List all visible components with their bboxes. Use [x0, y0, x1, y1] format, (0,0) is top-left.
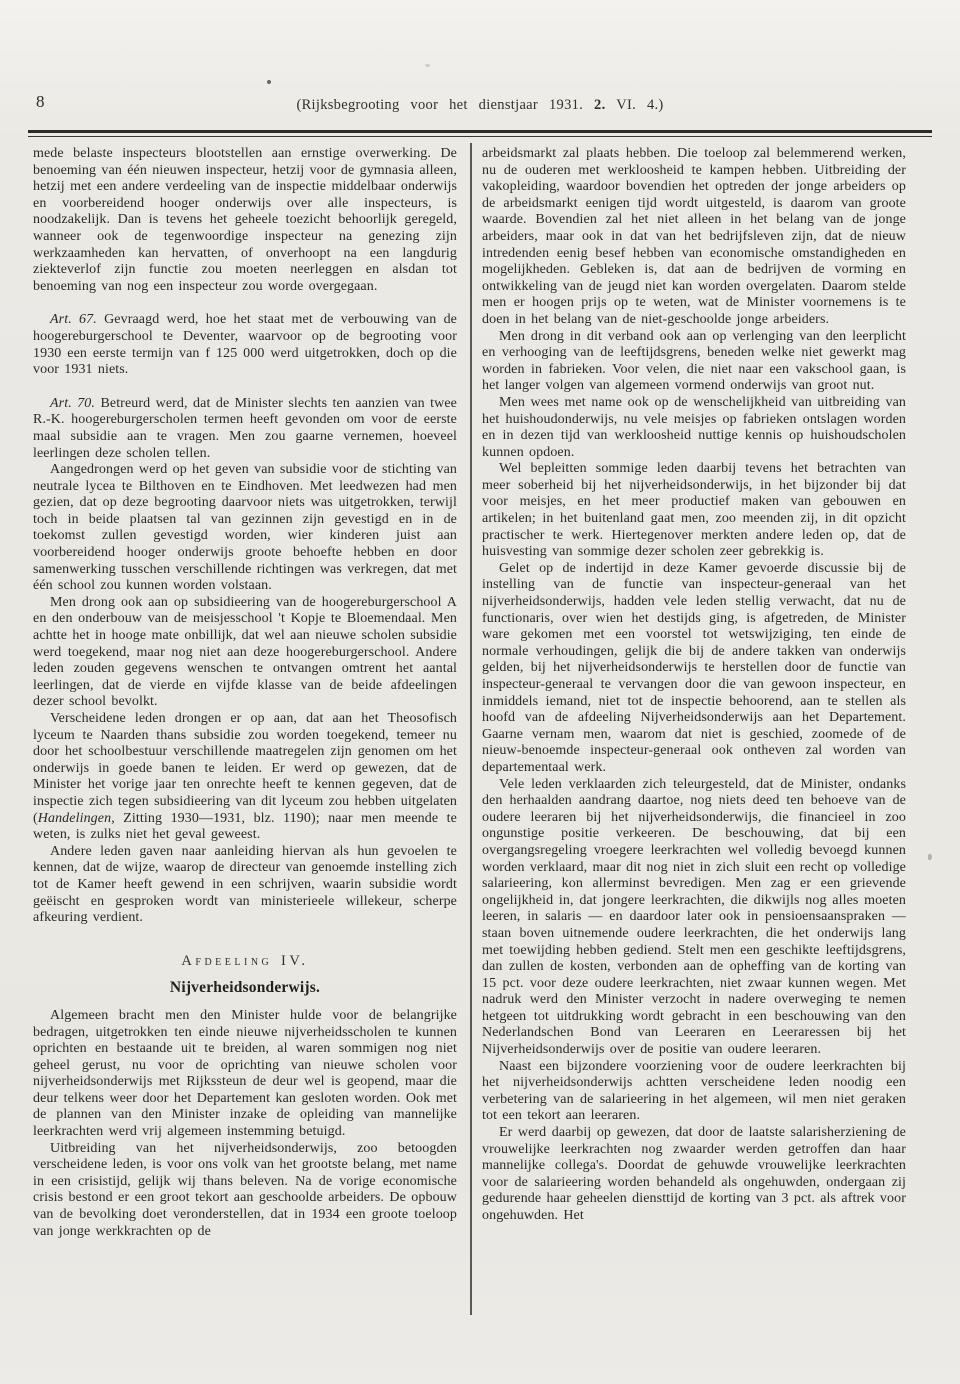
article-67-text: Gevraagd werd, hoe het staat met de verb…	[33, 312, 457, 377]
scan-speck	[267, 80, 271, 84]
paragraph-vrouwelijke-leerkrachten: Er werd daarbij op gewezen, dat door de …	[482, 1125, 906, 1225]
paragraph-bloemendaal: Men drong ook aan op subsidieering van d…	[33, 595, 457, 711]
paragraph-inspecteur-generaal: Gelet op de indertijd in deze Kamer gevo…	[482, 561, 906, 777]
running-header: (Rijksbegrooting voor het dienstjaar 193…	[0, 97, 960, 114]
paragraph-continuation: mede belaste inspecteurs blootstellen aa…	[33, 146, 457, 295]
paragraph-algemeen-hulde: Algemeen bracht men den Minister hulde v…	[33, 1008, 457, 1141]
running-header-pre: (Rijksbegrooting voor het dienstjaar 193…	[296, 97, 583, 113]
right-column: arbeidsmarkt zal plaats hebben. Die toel…	[482, 146, 906, 1225]
scan-speck	[425, 64, 430, 67]
subsection-heading-nijverheidsonderwijs: Nijverheidsonderwijs.	[33, 980, 457, 997]
section-heading-afdeeling-iv: Afdeeling IV.	[33, 953, 457, 970]
paragraph-salarieering-algemeen: Naast een bijzondere voorziening voor de…	[482, 1059, 906, 1125]
paragraph-lycea-subsidie: Aangedrongen werd op het geven van subsi…	[33, 462, 457, 595]
paragraph-oudere-leeraren: Vele leden verklaarden zich teleurgestel…	[482, 777, 906, 1059]
left-column: mede belaste inspecteurs blootstellen aa…	[33, 146, 457, 1240]
article-67-label: Art. 67.	[50, 312, 97, 327]
article-67-paragraph: Art. 67. Gevraagd werd, hoe het staat me…	[33, 312, 457, 378]
article-70-text: Betreurd werd, dat de Minister slechts t…	[33, 396, 457, 461]
handelingen-italic: Handelingen	[38, 811, 111, 826]
paragraph-arbeidsmarkt: arbeidsmarkt zal plaats hebben. Die toel…	[482, 146, 906, 329]
paragraph-soberheid: Wel bepleitten sommige leden daarbij tev…	[482, 461, 906, 561]
paragraph-uitbreiding-crisistijd: Uitbreiding van het nijverheidsonderwijs…	[33, 1141, 457, 1241]
column-divider-rule	[470, 143, 472, 1315]
running-header-volume: 2.	[594, 97, 605, 113]
header-rule-thick	[28, 130, 932, 133]
paragraph-naarden-text: Verscheidene leden drongen er op aan, da…	[33, 711, 457, 826]
paragraph-huishoudonderwijs: Men wees met name ook op de wenschelijkh…	[482, 395, 906, 461]
paragraph-afkeuring: Andere leden gaven naar aanleiding hierv…	[33, 844, 457, 927]
paragraph-leerplicht: Men drong in dit verband ook aan op verl…	[482, 329, 906, 395]
paragraph-naarden: Verscheidene leden drongen er op aan, da…	[33, 711, 457, 844]
article-70-label: Art. 70.	[50, 396, 95, 411]
header-rule-thin	[28, 136, 932, 137]
article-70-paragraph: Art. 70. Betreurd werd, dat de Minister …	[33, 396, 457, 462]
scanned-document-page: { "colors": { "paper": "#e9e7e2", "ink":…	[0, 0, 960, 1384]
running-header-post: VI. 4.)	[616, 97, 663, 113]
scan-speck	[928, 854, 932, 860]
